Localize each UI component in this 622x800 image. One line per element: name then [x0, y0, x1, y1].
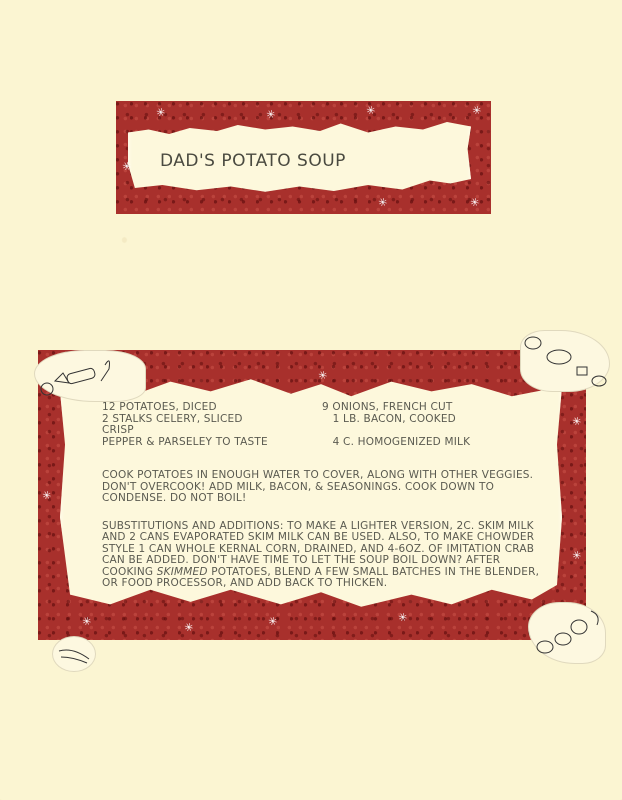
ingredient-row: 2 STALKS CELERY, SLICED 1 LB. BACON, COO… — [102, 414, 552, 426]
recipe-body: 12 POTATOES, DICED9 ONIONS, FRENCH CUT2 … — [102, 402, 552, 590]
star-icon: ✳ — [41, 489, 53, 502]
star-icon: ✳ — [469, 196, 481, 209]
ingredient-left: PEPPER & PARSELEY TO TASTE — [102, 437, 322, 449]
star-icon: ✳ — [365, 104, 377, 117]
ingredient-right: 4 C. HOMOGENIZED MILK — [322, 437, 552, 449]
star-icon: ✳ — [471, 104, 483, 117]
substitutions: SUBSTITUTIONS AND ADDITIONS: TO MAKE A L… — [102, 521, 552, 590]
star-icon: ✳ — [267, 615, 279, 628]
recipe-title: DAD'S POTATO SOUP — [160, 151, 346, 171]
star-icon: ✳ — [571, 549, 583, 562]
ingredient-row: 12 POTATOES, DICED9 ONIONS, FRENCH CUT — [102, 402, 552, 414]
ingredient-right: 1 LB. BACON, COOKED — [322, 414, 552, 426]
kitchen-utensils-icon — [34, 350, 146, 402]
star-icon: ✳ — [155, 106, 167, 119]
star-icon: ✳ — [397, 611, 409, 624]
title-card: DAD'S POTATO SOUP ✳ ✳ ✳ ✳ ✳ ✳ ✳ — [116, 101, 491, 214]
ingredient-right: 9 ONIONS, FRENCH CUT — [322, 402, 552, 414]
directions: COOK POTATOES IN ENOUGH WATER TO COVER, … — [102, 470, 552, 505]
star-icon: ✳ — [317, 369, 329, 382]
star-icon: ✳ — [81, 615, 93, 628]
ingredient-left: CRISP — [102, 425, 322, 437]
mushrooms-icon — [528, 602, 606, 664]
skimmed-emphasis: SKIMMED — [157, 566, 208, 578]
star-icon: ✳ — [571, 415, 583, 428]
star-icon: ✳ — [377, 196, 389, 209]
ingredient-row: PEPPER & PARSELEY TO TASTE 4 C. HOMOGENI… — [102, 437, 552, 449]
ingredient-row: CRISP — [102, 425, 552, 437]
star-icon: ✳ — [265, 108, 277, 121]
star-icon: ✳ — [183, 621, 195, 634]
ingredient-left: 12 POTATOES, DICED — [102, 402, 322, 414]
spoon-icon — [52, 636, 96, 672]
teapot-cups-icon — [520, 330, 610, 392]
ingredients-list: 12 POTATOES, DICED9 ONIONS, FRENCH CUT2 … — [102, 402, 552, 448]
ingredient-left: 2 STALKS CELERY, SLICED — [102, 414, 322, 426]
ingredient-right — [322, 425, 552, 437]
